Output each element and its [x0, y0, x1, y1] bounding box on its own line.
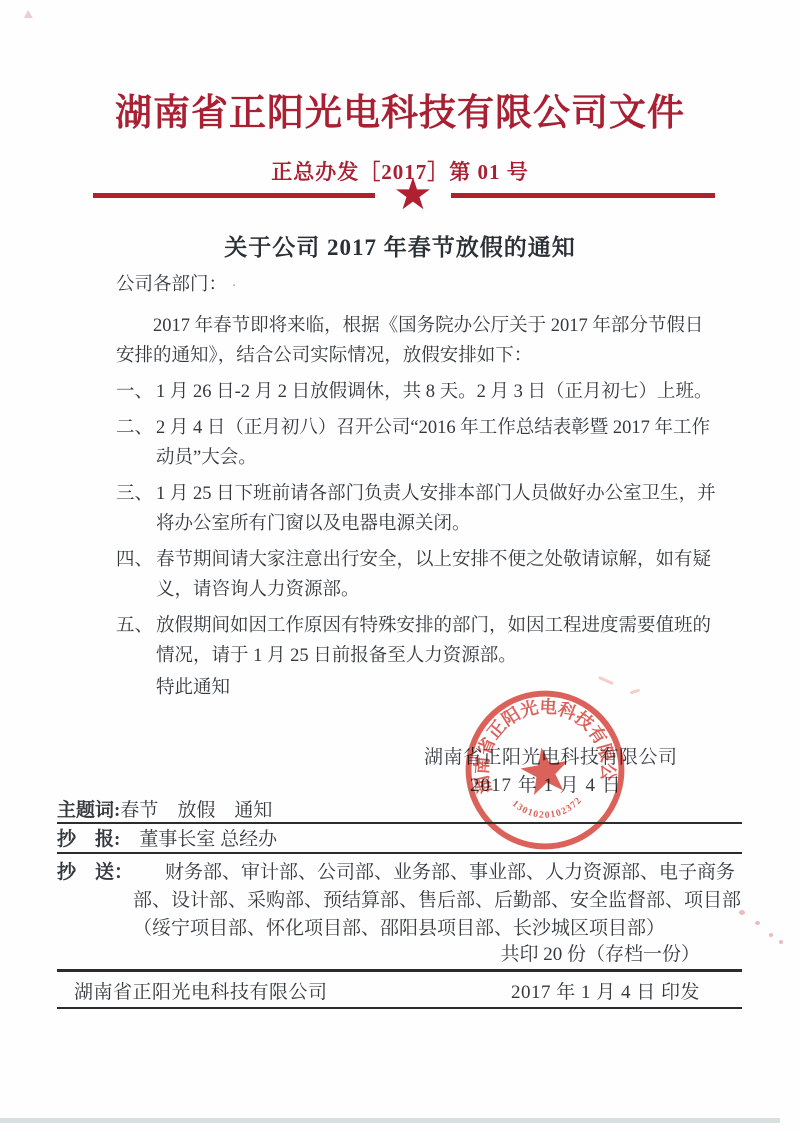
item-text: 1 月 25 日下班前请各部门负责人安排本部门人员做好办公室卫生，并将办公室所有… [156, 479, 718, 539]
item-text: 2 月 4 日（正月初八）召开公司“2016 年工作总结表彰暨 2017 年工作… [156, 413, 718, 473]
document-footer: 主题词:春节 放假 通知 抄 报: 董事长室 总经办 抄 送： 财务部、审计部、… [57, 800, 742, 1009]
document-body: 公司各部门：· 2017 年春节即将来临，根据《国务院办公厅关于 2017 年部… [116, 270, 718, 703]
seal-star-icon [518, 744, 572, 797]
item-number: 五、 [116, 611, 156, 671]
copy-send-value: 财务部、审计部、公司部、业务部、事业部、人力资源部、电子商务部、设计部、采购部、… [133, 859, 742, 943]
print-count-row: 共印 20 份（存档一份） [57, 943, 742, 972]
copy-send-label: 抄 送： [57, 859, 133, 887]
list-item: 四、 春节期间请大家注意出行安全，以上安排不便之处敬请谅解，如有疑义，请咨询人力… [116, 545, 718, 605]
copy-report-row: 抄 报: 董事长室 总经办 [57, 824, 742, 854]
item-number: 二、 [116, 413, 156, 473]
salutation: 公司各部门： [116, 275, 218, 295]
keywords-row: 主题词:春节 放假 通知 [57, 800, 742, 824]
scan-speck [779, 940, 783, 944]
list-item: 三、 1 月 25 日下班前请各部门负责人安排本部门人员做好办公室卫生，并将办公… [116, 479, 718, 539]
copy-report-value: 董事长室 总经办 [139, 829, 277, 850]
copy-report-label: 抄 报: [57, 829, 120, 850]
keywords-value: 春节 放假 通知 [120, 800, 272, 821]
document-page: 湖南省正阳光电科技有限公司文件 正总办发［2017］第 01 号 ★ 关于公司 … [0, 0, 800, 1132]
intro-paragraph: 2017 年春节即将来临，根据《国务院办公厅关于 2017 年部分节假日安排的通… [116, 311, 718, 371]
salutation-line: 公司各部门：· [116, 270, 718, 302]
list-item: 一、 1 月 26 日-2 月 2 日放假调休，共 8 天。2 月 3 日（正月… [116, 377, 718, 407]
scan-bottom-edge [0, 1118, 780, 1123]
header-rule-right [451, 193, 715, 198]
list-item: 二、 2 月 4 日（正月初八）召开公司“2016 年工作总结表彰暨 2017 … [116, 413, 718, 473]
item-text: 春节期间请大家注意出行安全，以上安排不便之处敬请谅解，如有疑义，请咨询人力资源部… [156, 545, 718, 605]
keywords-label: 主题词: [57, 800, 120, 821]
item-number: 四、 [116, 545, 156, 605]
issuer-row: 湖南省正阳光电科技有限公司 2017 年 1 月 4 日 印发 [57, 972, 742, 1009]
copy-send-row: 抄 送： 财务部、审计部、公司部、业务部、事业部、人力资源部、电子商务部、设计部… [57, 859, 742, 943]
header-rule-left [93, 193, 375, 198]
scan-dot-mark: · [232, 279, 237, 294]
item-text: 放假期间如因工作原因有特殊安排的部门，如因工程进度需要值班的情况，请于 1 月 … [156, 611, 718, 671]
issuer-name: 湖南省正阳光电科技有限公司 [57, 980, 328, 1005]
closing-line: 特此通知 [116, 673, 718, 703]
scan-speck [769, 933, 773, 937]
scan-speck [739, 910, 745, 915]
item-number: 三、 [116, 479, 156, 539]
star-icon: ★ [387, 171, 439, 219]
item-text: 1 月 26 日-2 月 2 日放假调休，共 8 天。2 月 3 日（正月初七）… [156, 377, 718, 407]
list-item: 五、 放假期间如因工作原因有特殊安排的部门，如因工程进度需要值班的情况，请于 1… [116, 611, 718, 671]
issue-date: 2017 年 1 月 4 日 印发 [511, 980, 742, 1005]
subject-title: 关于公司 2017 年春节放假的通知 [0, 229, 800, 262]
org-title: 湖南省正阳光电科技有限公司文件 [0, 82, 800, 136]
scan-speck [755, 921, 760, 925]
item-number: 一、 [116, 377, 156, 407]
scan-corner-mark [24, 10, 33, 18]
